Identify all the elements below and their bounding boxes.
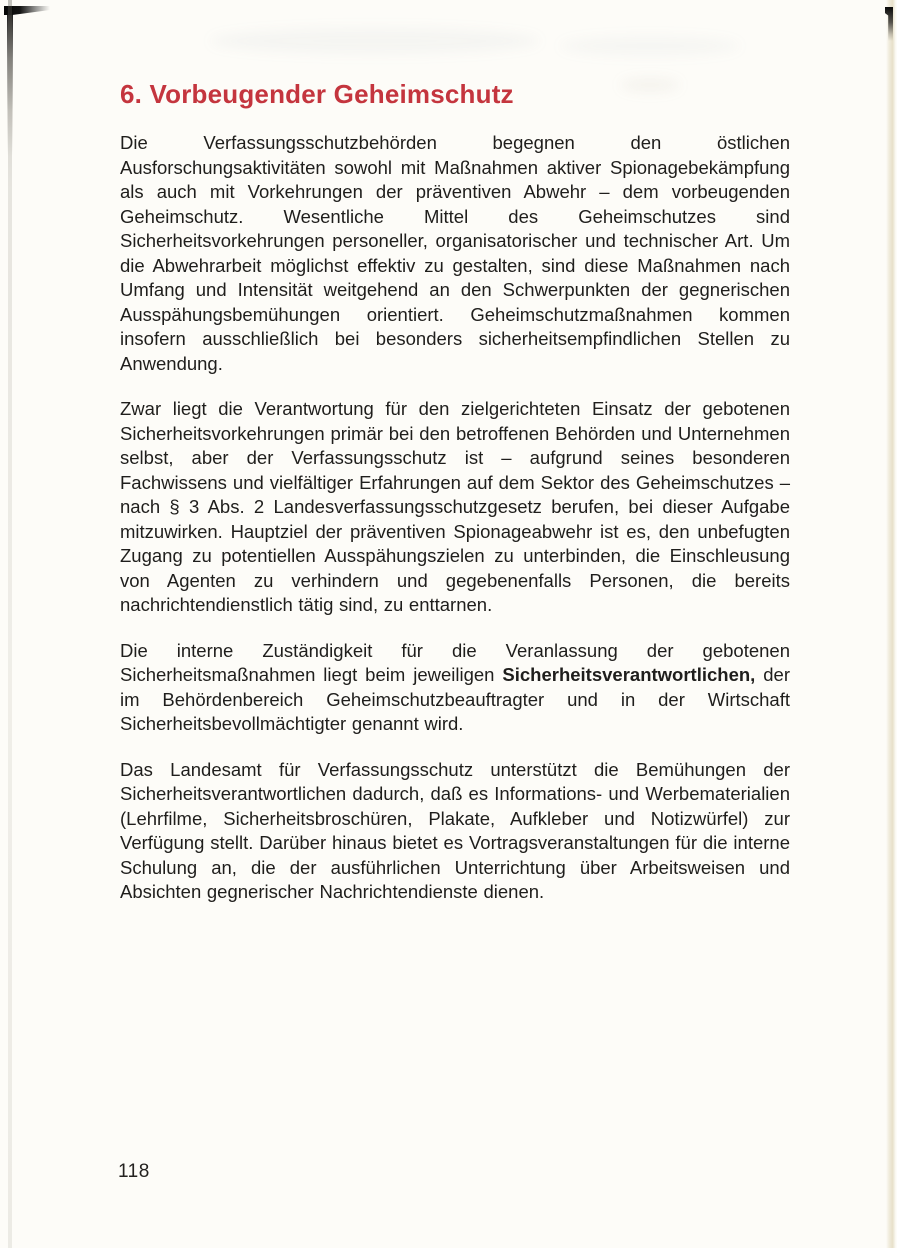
paragraph-3-bold-term: Sicherheitsverantwortlichen, bbox=[502, 664, 755, 685]
section-heading: 6. Vorbeugender Geheimschutz bbox=[120, 80, 790, 108]
paragraph-2: Zwar liegt die Verantwortung für den zie… bbox=[120, 397, 790, 618]
text-column: 6. Vorbeugender Geheimschutz Die Verfass… bbox=[120, 80, 790, 926]
scan-smudge bbox=[210, 28, 540, 54]
page-left-edge-line bbox=[8, 0, 12, 1248]
page-number: 118 bbox=[118, 1161, 150, 1183]
scan-smudge bbox=[560, 36, 740, 56]
scanned-book-page: 6. Vorbeugender Geheimschutz Die Verfass… bbox=[0, 0, 897, 1248]
page-right-edge-line bbox=[886, 0, 896, 1248]
paragraph-3: Die interne Zuständigkeit für die Veranl… bbox=[120, 639, 790, 737]
paragraph-4: Das Landesamt für Verfassungsschutz unte… bbox=[120, 758, 790, 905]
paragraph-1: Die Verfassungsschutzbehörden begegnen d… bbox=[120, 131, 790, 376]
